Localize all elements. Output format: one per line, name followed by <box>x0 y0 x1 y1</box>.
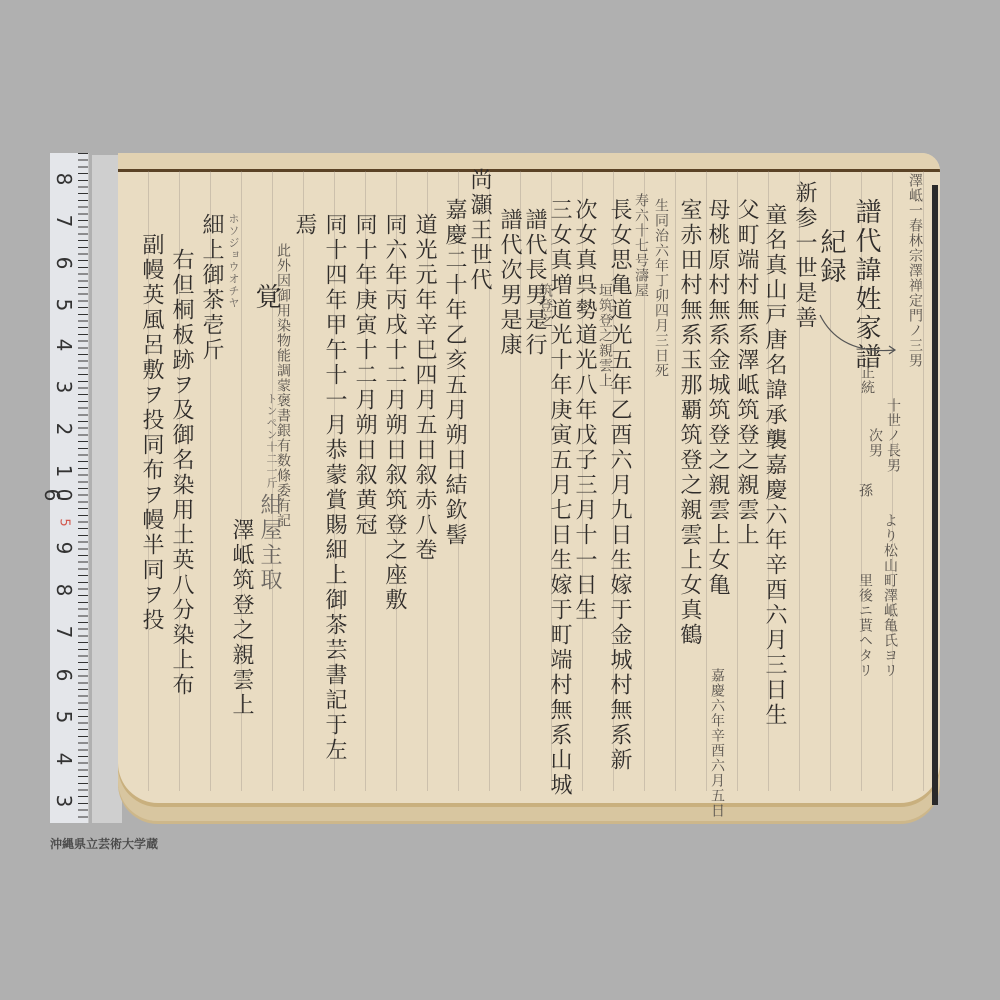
margin-note: 里後ニ貰ヘタリ <box>858 573 872 678</box>
ruler-mark: 6 <box>52 253 76 273</box>
annotation-arrow-icon <box>815 310 905 370</box>
measuring-ruler: 8 7 6 5 4 3 2 1 0 6 5 9 8 7 6 5 4 3 <box>50 153 89 823</box>
entry-column: 嘉慶二十年乙亥五月朔日結欽髻 <box>443 198 465 548</box>
ruler-mark: 1 <box>52 461 76 481</box>
ruler-mark: 7 <box>52 211 76 231</box>
entry-column: 母桃原村無系金城筑登之親雲上女亀 <box>706 198 728 598</box>
entry-column: 同十年庚寅十二月朔日叙黄冠 <box>353 213 375 538</box>
ruler-mark: 6 <box>52 665 76 685</box>
ruler-mark: 3 <box>52 377 76 397</box>
margin-note: 孫 <box>858 483 872 498</box>
book-edge <box>932 185 938 805</box>
entry-column: 同六年丙戌十二月朔日叙筑登之座敷 <box>383 213 405 613</box>
ruler-mark: 8 <box>52 169 76 189</box>
ruler-mark: 3 <box>52 791 76 811</box>
reading-note: ホソジョウオチヤ <box>228 213 239 309</box>
entry-column: 室赤田村無系玉那覇筑登之親雲上女真鶴 <box>678 198 700 648</box>
entry-column: 新参一世是善 <box>793 181 815 331</box>
signature-name: 澤岻筑登之親雲上 <box>230 518 252 718</box>
entry-note: 嘉慶六年辛酉六月五日 <box>710 668 724 818</box>
entry-column: 同十四年甲午十一月恭蒙賞賜細上御茶芸書記于左 <box>323 213 345 763</box>
margin-note: より松山町澤岻亀氏ヨリ <box>883 513 897 678</box>
ruler-mark: 4 <box>52 335 76 355</box>
reign-heading: 尚灝王世代 <box>468 168 490 293</box>
entry-column: 細上御茶壱斤 <box>200 213 222 363</box>
ruler-mark-red: 5 <box>57 513 72 533</box>
entry-column: 右但桐板跡ヲ及御名染用土英八分染上布 <box>170 248 192 698</box>
entry-column: 焉 <box>293 213 315 238</box>
entry-column: 次女真呉勢道光八年戊子三月十一日生 <box>573 198 595 623</box>
entry-column: 譜代次男是康 <box>498 208 520 358</box>
ruler-mark: 8 <box>52 580 76 600</box>
ruler-mark: 2 <box>52 419 76 439</box>
ruler-mark: 6 <box>40 485 64 505</box>
ruler-mark: 5 <box>52 707 76 727</box>
memo-heading: 覚 <box>253 283 279 312</box>
signature-title: 紺屋主取 <box>258 493 280 593</box>
entry-note: 寿六十七号濤屋 <box>634 193 648 298</box>
manuscript-page: 譜代諱姓家譜 紀録 正統 新参一世是善 童名真山戸唐名諱承襲嘉慶六年辛酉六月三日… <box>118 153 940 821</box>
entry-column: 副幔英風呂敷ヲ投同布ヲ幔半同ヲ投 <box>140 233 162 633</box>
entry-note: 垣筑登之親雲上 <box>598 283 612 388</box>
entry-column: 譜代長男是行 <box>523 208 545 358</box>
title-record: 紀録 <box>818 228 844 286</box>
entry-note: 生同治六年丁卯四月三日死 <box>654 198 668 378</box>
ruler-mark: 9 <box>52 538 76 558</box>
margin-note: 澤岻一春林宗澤禅定門ノ三男 <box>908 173 922 368</box>
torn-top-edge <box>118 153 940 172</box>
entry-column: 父町端村無系澤岻筑登之親雲上 <box>735 198 757 548</box>
memo-note: トンペン十二一斤 <box>266 393 277 489</box>
collection-caption: 沖縄県立芸術大学蔵 <box>50 835 158 852</box>
ruler-mark: 7 <box>52 622 76 642</box>
ruler-mark: 5 <box>52 295 76 315</box>
entry-column: 道光元年辛巳四月五日叙赤八巻 <box>413 213 435 563</box>
margin-note: 十世ノ長男 <box>886 398 900 473</box>
ruler-mark: 4 <box>52 749 76 769</box>
entry-column: 童名真山戸唐名諱承襲嘉慶六年辛酉六月三日生 <box>763 203 785 728</box>
margin-note: 次男 <box>868 428 882 458</box>
